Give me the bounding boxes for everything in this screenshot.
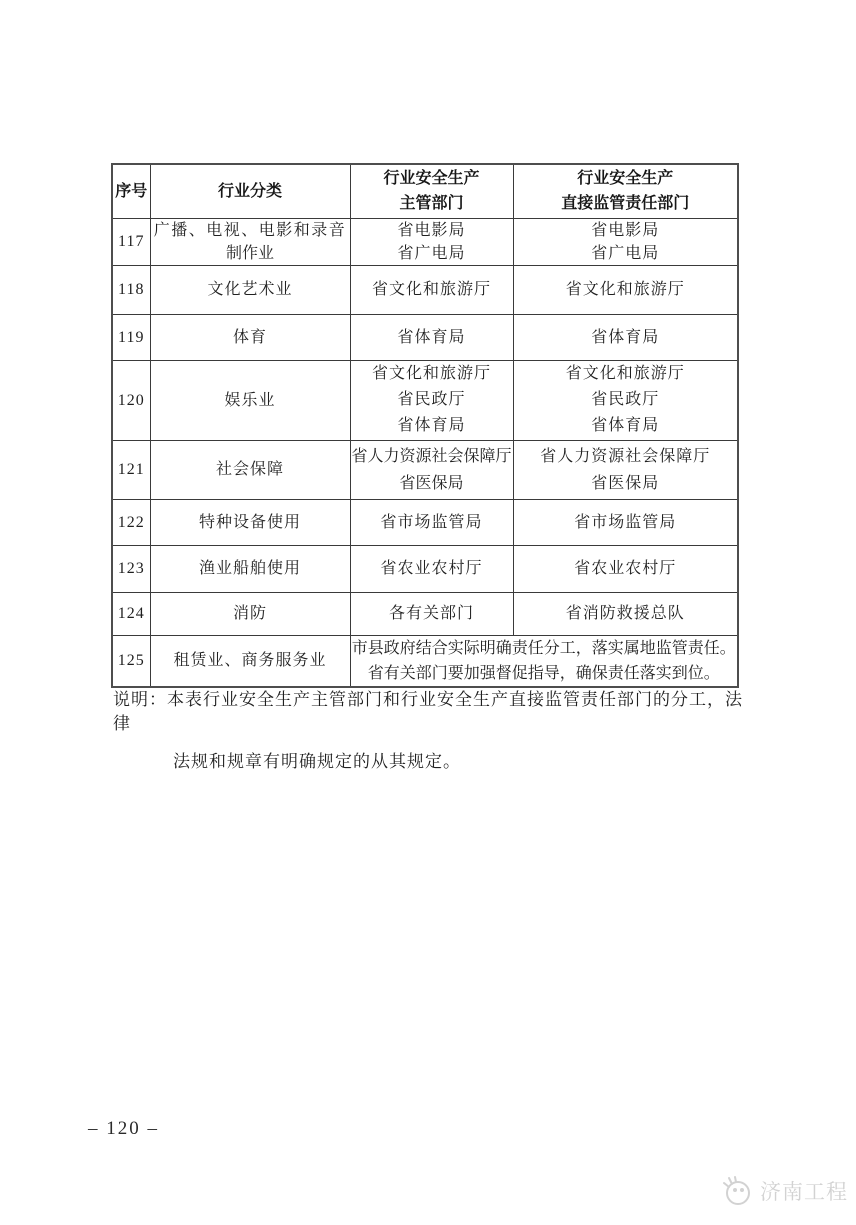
dept-line: 省广电局	[351, 242, 513, 265]
cell-supervisor: 各有关部门	[350, 592, 513, 635]
category-line: 制作业	[151, 242, 350, 265]
cell-category: 特种设备使用	[150, 499, 350, 545]
category-line: 广播、电视、电影和录音	[151, 219, 350, 242]
cell-regulator: 省体育局	[513, 314, 738, 360]
cell-regulator: 省消防救援总队	[513, 592, 738, 635]
cell-no: 122	[112, 499, 150, 545]
cell-regulator: 省市场监管局	[513, 499, 738, 545]
table-row: 123 渔业船舶使用 省农业农村厅 省农业农村厅	[112, 545, 738, 592]
dept-line: 省电影局	[514, 219, 738, 242]
cell-supervisor: 省人力资源社会保障厅 省医保局	[350, 440, 513, 499]
header-label: 行业分类	[151, 179, 350, 204]
watermark: 济南工程	[720, 1174, 848, 1208]
cell-no: 125	[112, 635, 150, 687]
cell-no: 117	[112, 218, 150, 265]
cell-supervisor: 省市场监管局	[350, 499, 513, 545]
table-row: 125 租赁业、商务服务业 市县政府结合实际明确责任分工，落实属地监管责任。 省…	[112, 635, 738, 687]
cell-category: 娱乐业	[150, 360, 350, 440]
cell-merged-responsibility: 市县政府结合实际明确责任分工，落实属地监管责任。 省有关部门要加强督促指导，确保…	[350, 635, 738, 687]
cell-category: 渔业船舶使用	[150, 545, 350, 592]
cell-category: 文化艺术业	[150, 265, 350, 314]
cell-regulator: 省电影局 省广电局	[513, 218, 738, 265]
cell-no: 120	[112, 360, 150, 440]
table-row: 120 娱乐业 省文化和旅游厅 省民政厅 省体育局 省文化和旅游厅 省民政厅 省…	[112, 360, 738, 440]
cell-no: 124	[112, 592, 150, 635]
page-number: – 120 –	[88, 1118, 159, 1140]
cell-regulator: 省文化和旅游厅 省民政厅 省体育局	[513, 360, 738, 440]
dept-line: 省人力资源社会保障厅	[351, 443, 513, 470]
header-cell-regulator: 行业安全生产 直接监管责任部门	[513, 164, 738, 218]
explanatory-note: 说明：本表行业安全生产主管部门和行业安全生产直接监管责任部门的分工，法律 法规和…	[113, 688, 753, 774]
cell-regulator: 省农业农村厅	[513, 545, 738, 592]
merged-line: 市县政府结合实际明确责任分工，落实属地监管责任。	[351, 636, 738, 661]
dept-line: 省体育局	[351, 413, 513, 439]
dept-line: 省广电局	[514, 242, 738, 265]
table-row: 119 体育 省体育局 省体育局	[112, 314, 738, 360]
cell-no: 118	[112, 265, 150, 314]
dept-line: 省民政厅	[351, 387, 513, 413]
dept-line: 省文化和旅游厅	[351, 361, 513, 387]
cell-supervisor: 省农业农村厅	[350, 545, 513, 592]
dept-line: 省文化和旅游厅	[514, 361, 738, 387]
cell-regulator: 省文化和旅游厅	[513, 265, 738, 314]
cell-no: 121	[112, 440, 150, 499]
cell-supervisor: 省文化和旅游厅	[350, 265, 513, 314]
header-label-line: 主管部门	[351, 191, 513, 216]
header-cell-no: 序号	[112, 164, 150, 218]
table-header-row: 序号 行业分类 行业安全生产 主管部门 行业安全生产 直接监管责任部门	[112, 164, 738, 218]
cell-category: 消防	[150, 592, 350, 635]
cell-no: 123	[112, 545, 150, 592]
cell-supervisor: 省电影局 省广电局	[350, 218, 513, 265]
table-row: 117 广播、电视、电影和录音 制作业 省电影局 省广电局 省电影局 省广电局	[112, 218, 738, 265]
cell-supervisor: 省文化和旅游厅 省民政厅 省体育局	[350, 360, 513, 440]
merged-line: 省有关部门要加强督促指导，确保责任落实到位。	[351, 661, 738, 686]
table-row: 124 消防 各有关部门 省消防救援总队	[112, 592, 738, 635]
mascot-face-icon	[720, 1174, 754, 1208]
responsibility-table: 序号 行业分类 行业安全生产 主管部门 行业安全生产 直接监管责任部门 117 …	[111, 163, 739, 688]
watermark-text: 济南工程	[760, 1176, 848, 1206]
cell-no: 119	[112, 314, 150, 360]
dept-line: 省医保局	[514, 470, 738, 497]
header-label-line: 行业安全生产	[514, 166, 738, 191]
note-text: 本表行业安全生产主管部门和行业安全生产直接监管责任部门的分工，法律	[113, 690, 743, 733]
table-row: 121 社会保障 省人力资源社会保障厅 省医保局 省人力资源社会保障厅 省医保局	[112, 440, 738, 499]
cell-category: 体育	[150, 314, 350, 360]
dept-line: 省人力资源社会保障厅	[514, 443, 738, 470]
header-label-line: 行业安全生产	[351, 166, 513, 191]
cell-category: 社会保障	[150, 440, 350, 499]
document-page: 序号 行业分类 行业安全生产 主管部门 行业安全生产 直接监管责任部门 117 …	[0, 0, 856, 1225]
note-line-1: 说明：本表行业安全生产主管部门和行业安全生产直接监管责任部门的分工，法律	[113, 688, 753, 736]
table-row: 122 特种设备使用 省市场监管局 省市场监管局	[112, 499, 738, 545]
cell-category: 租赁业、商务服务业	[150, 635, 350, 687]
header-label: 序号	[113, 179, 150, 204]
dept-line: 省电影局	[351, 219, 513, 242]
dept-line: 省体育局	[514, 413, 738, 439]
cell-category: 广播、电视、电影和录音 制作业	[150, 218, 350, 265]
cell-regulator: 省人力资源社会保障厅 省医保局	[513, 440, 738, 499]
header-cell-category: 行业分类	[150, 164, 350, 218]
note-line-2: 法规和规章有明确规定的从其规定。	[173, 750, 753, 774]
header-cell-supervisor: 行业安全生产 主管部门	[350, 164, 513, 218]
dept-line: 省医保局	[351, 470, 513, 497]
dept-line: 省民政厅	[514, 387, 738, 413]
cell-supervisor: 省体育局	[350, 314, 513, 360]
table-row: 118 文化艺术业 省文化和旅游厅 省文化和旅游厅	[112, 265, 738, 314]
note-label: 说明：	[113, 690, 167, 709]
header-label-line: 直接监管责任部门	[514, 191, 738, 216]
